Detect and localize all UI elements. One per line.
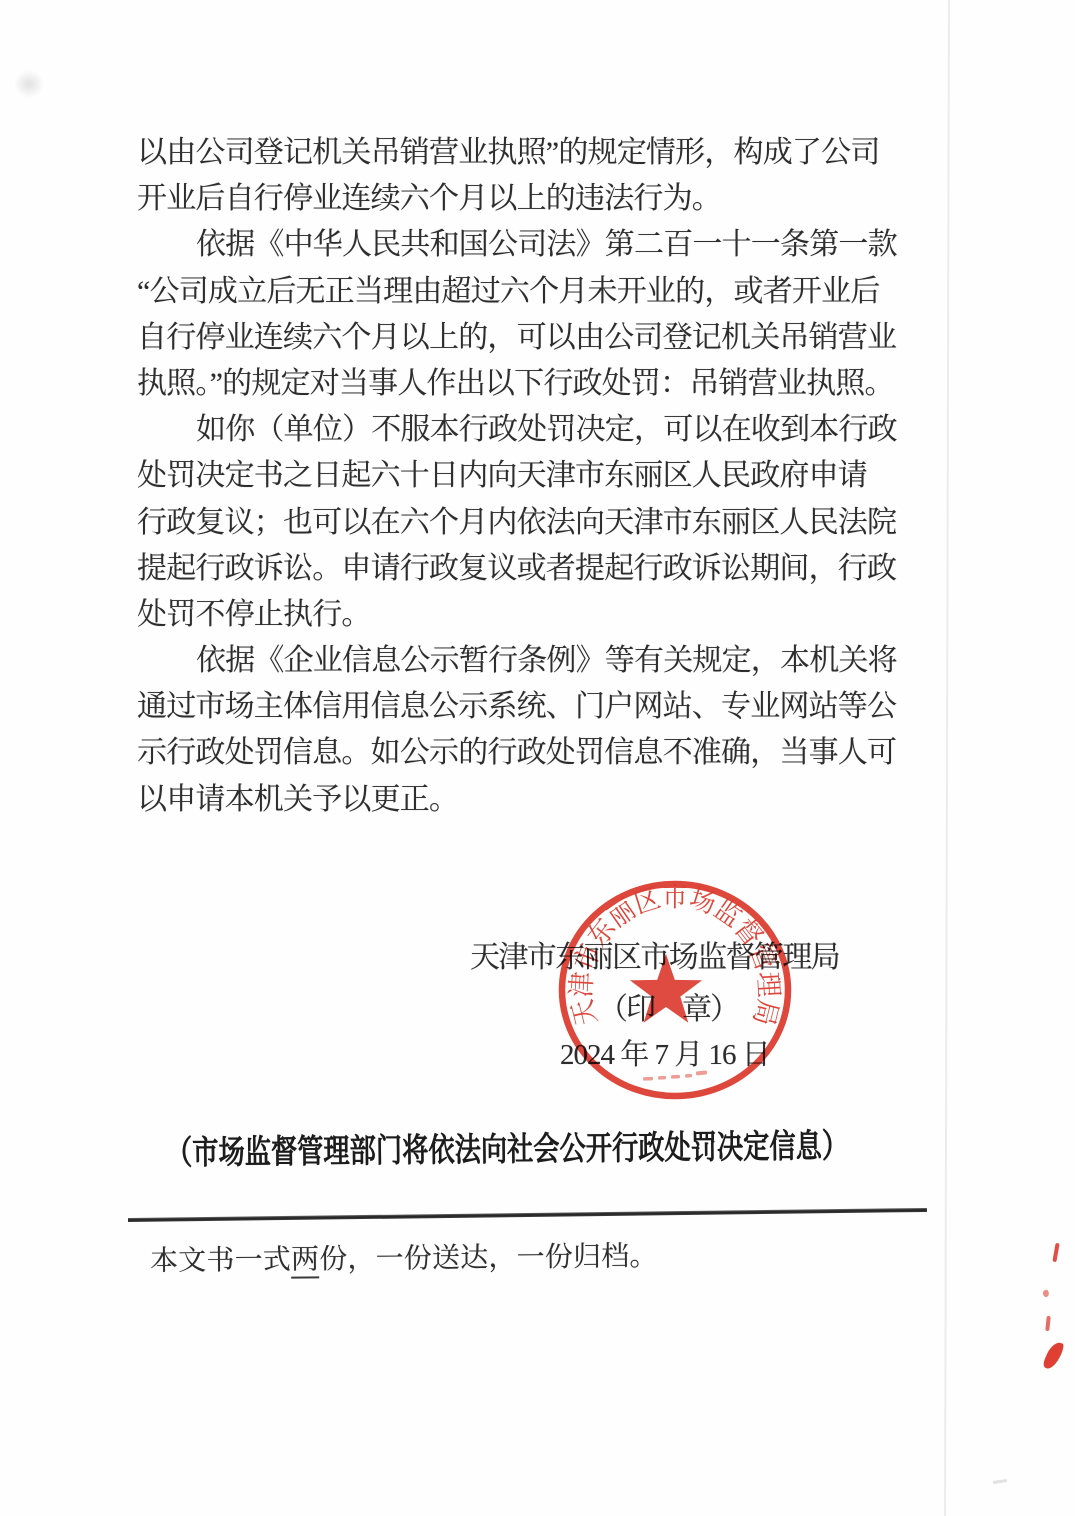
body-line: 示行政处罚信息。如公示的行政处罚信息不准确，当事人可	[137, 730, 927, 776]
body-line: 开业后自行停业连续六个月以上的违法行为。	[137, 176, 927, 222]
body-line: 行政复议；也可以在六个月内依法向天津市东丽区人民法院	[137, 500, 927, 546]
scan-fold-line	[944, 0, 949, 1516]
footnote-prefix: 本文书一式	[150, 1245, 291, 1277]
red-ink-speck	[1042, 1289, 1050, 1298]
body-line: 依据《企业信息公示暂行条例》等有关规定，本机关将	[137, 638, 927, 684]
red-ink-speck	[1042, 1340, 1066, 1372]
body-text: 以由公司登记机关吊销营业执照”的规定情形，构成了公司 开业后自行停业连续六个月以…	[137, 130, 927, 823]
body-line: 自行停业连续六个月以上的，可以由公司登记机关吊销营业	[137, 315, 927, 361]
scan-smudge	[993, 1479, 1007, 1484]
body-line: 以由公司登记机关吊销营业执照”的规定情形，构成了公司	[137, 130, 927, 176]
body-line: 如你（单位）不服本行政处罚决定，可以在收到本行政	[137, 407, 927, 453]
body-line: 执照。”的规定对当事人作出以下行政处罚：吊销营业执照。	[137, 361, 927, 407]
red-ink-speck	[1052, 1243, 1059, 1262]
divider-line	[128, 1208, 927, 1222]
footnote-suffix: 份，一份送达，一份归档。	[319, 1241, 658, 1275]
scan-smudge	[14, 70, 44, 98]
body-line: 处罚不停止执行。	[137, 592, 927, 638]
footnote-underlined-word: 两	[291, 1244, 320, 1278]
seal-star-icon	[630, 954, 702, 1023]
public-disclosure-notice: （市场监督管理部门将依法向社会公开行政处罚决定信息）	[166, 1120, 849, 1174]
official-seal-stamp: 天津市东丽区市场监督管理局	[555, 878, 795, 1106]
body-line: “公司成立后无正当理由超过六个月未开业的，或者开业后	[137, 269, 927, 315]
body-line: 依据《中华人民共和国公司法》第二百一十一条第一款	[137, 222, 927, 268]
body-line: 通过市场主体信用信息公示系统、门户网站、专业网站等公	[137, 684, 927, 730]
seal-serial-marks	[643, 1070, 707, 1080]
scanned-document-page: 以由公司登记机关吊销营业执照”的规定情形，构成了公司 开业后自行停业连续六个月以…	[0, 0, 1075, 1516]
footnote: 本文书一式两份，一份送达，一份归档。	[150, 1234, 658, 1279]
body-line: 处罚决定书之日起六十日内向天津市东丽区人民政府申请	[137, 453, 927, 499]
red-ink-speck	[1045, 1316, 1051, 1331]
body-line: 提起行政诉讼。申请行政复议或者提起行政诉讼期间，行政	[137, 546, 927, 592]
body-line: 以申请本机关予以更正。	[137, 777, 927, 823]
